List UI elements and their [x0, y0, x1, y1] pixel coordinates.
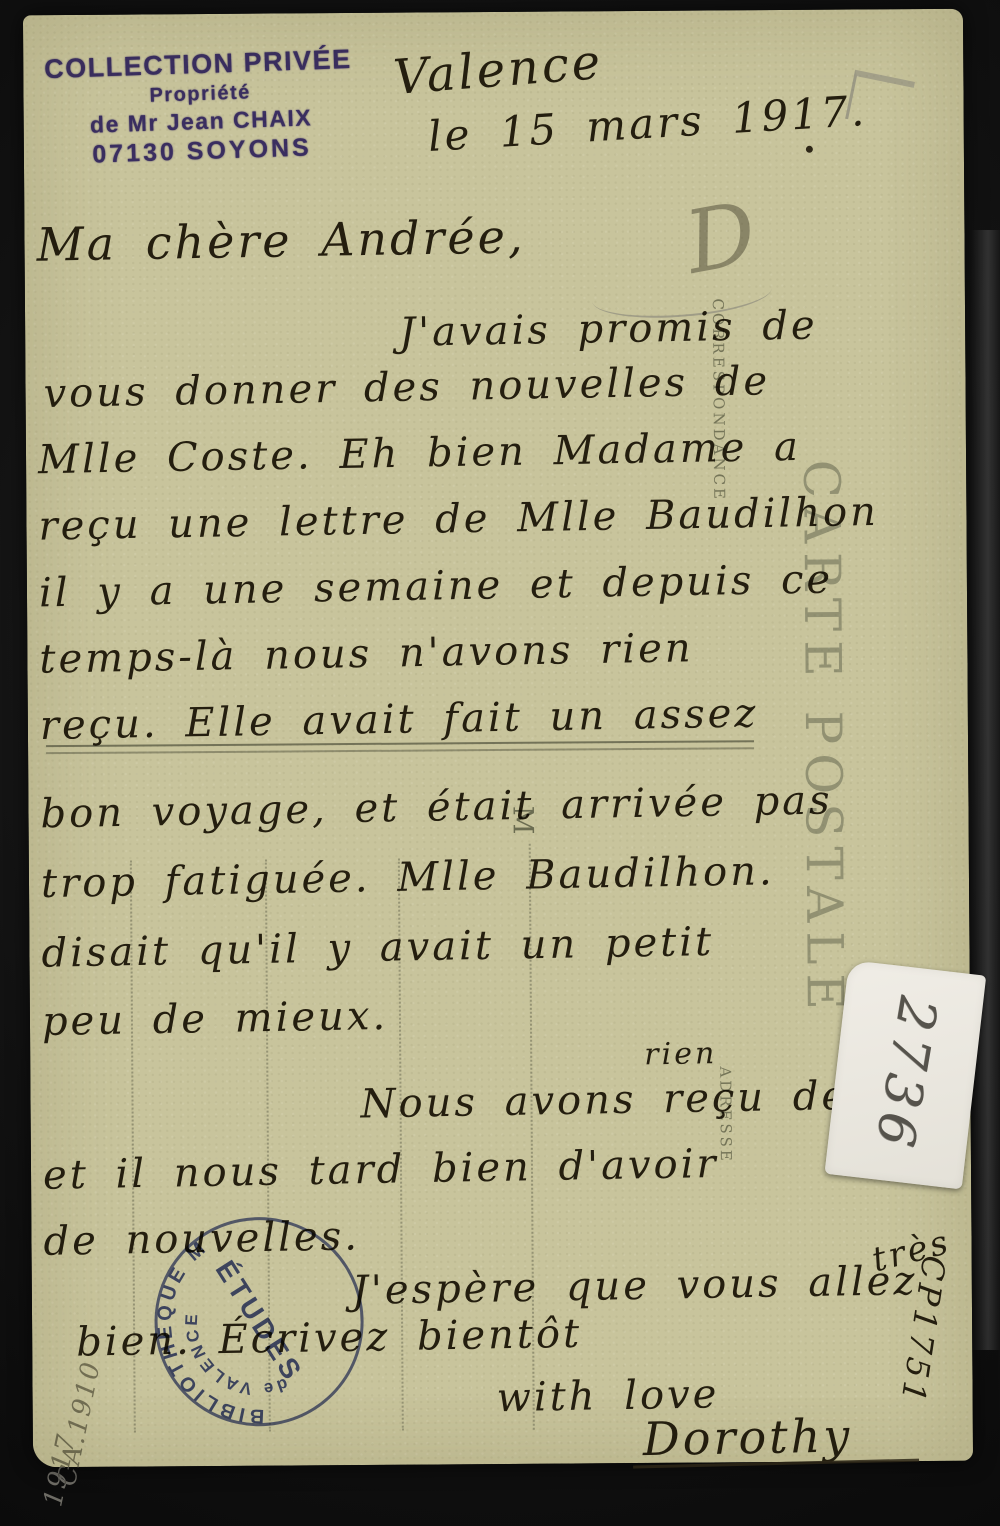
heading-place: Valence — [391, 34, 605, 106]
letter-line: peu de mieux. — [42, 993, 389, 1045]
inventory-number: 2736 — [863, 993, 948, 1157]
library-stamp-center-text: ÉTUDES — [210, 1255, 310, 1388]
salutation: Ma chère Andrée, — [36, 209, 526, 272]
letter-line: vous donner des nouvelles de — [43, 358, 770, 417]
letter-insert-rien: rien — [644, 1036, 718, 1072]
ownership-stamp: COLLECTION PRIVÉE Propriété de Mr Jean C… — [44, 43, 358, 172]
letter-line: J'espère que vous allez — [351, 1258, 917, 1314]
library-stamp-graphic: BIBLIOTHÈQUE MUNICIPALE de VALENCE ÉTUDE… — [100, 1163, 417, 1480]
letter-line: Nous avons reçu de — [360, 1073, 848, 1128]
library-stamp: BIBLIOTHÈQUE MUNICIPALE de VALENCE ÉTUDE… — [100, 1163, 417, 1480]
letter-line: il y a une semaine et depuis ce — [39, 557, 834, 617]
inventory-sticker: 2736 — [824, 960, 986, 1189]
letter-line: et il nous tard bien d'avoir — [43, 1141, 719, 1199]
letter-line: disait qu'il y avait un petit — [41, 919, 714, 977]
letter-line: J'avais promis de — [399, 303, 818, 356]
ink-dot — [806, 146, 813, 153]
scanner-edge-shadow — [970, 230, 1000, 1350]
letter-line: temps-là nous n'avons rien — [39, 625, 694, 682]
scanned-postcard-page: { "colors": { "paper": "#c8c49c", "ink":… — [0, 0, 1000, 1526]
letter-line: bon voyage, et était arrivée pas — [40, 778, 833, 838]
letter-line: trop fatiguée. Mlle Baudilhon. — [41, 848, 775, 907]
signature: Dorothy — [642, 1408, 852, 1466]
printed-carte-postale-label: CARTE POSTALE — [792, 460, 854, 1020]
postcard: CORRESPONDANCE CARTE POSTALE ADRESSE M C… — [23, 9, 973, 1468]
letter-line: Mlle Coste. Eh bien Madame a — [38, 424, 802, 483]
letter-line: reçu une lettre de Mlle Baudilhon — [38, 489, 879, 550]
